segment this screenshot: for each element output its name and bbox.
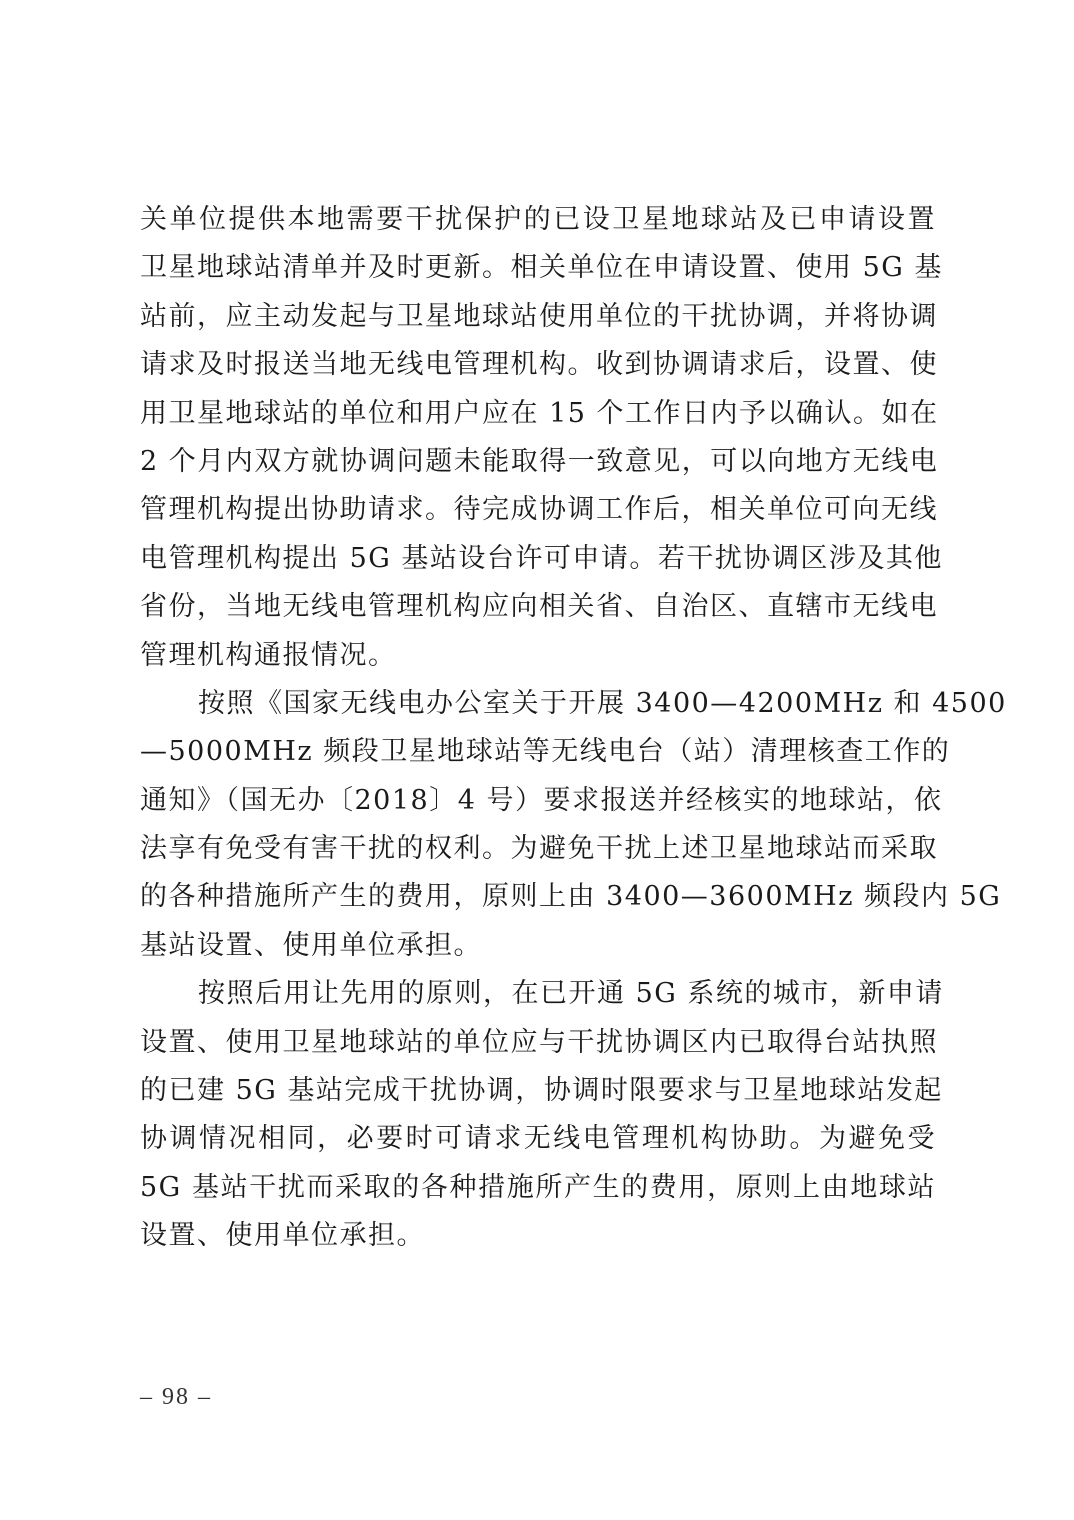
text-line: 电管理机构提出 5G 基站设台许可申请。若干扰协调区涉及其他 xyxy=(140,535,936,583)
paragraph-3: 按照后用让先用的原则，在已开通 5G 系统的城市，新申请 设置、使用卫星地球站的… xyxy=(140,970,936,1260)
paragraph-2: 按照《国家无线电办公室关于开展 3400—4200MHz 和 4500 —500… xyxy=(140,680,936,970)
text-line: 设置、使用单位承担。 xyxy=(140,1212,936,1260)
text-line: 基站设置、使用单位承担。 xyxy=(140,922,936,970)
paragraph-1: 关单位提供本地需要干扰保护的已设卫星地球站及已申请设置 卫星地球站清单并及时更新… xyxy=(140,196,936,680)
text-line: 法享有免受有害干扰的权利。为避免干扰上述卫星地球站而采取 xyxy=(140,825,936,873)
text-line: 通知》（国无办〔2018〕4 号）要求报送并经核实的地球站，依 xyxy=(140,777,936,825)
text-line: 用卫星地球站的单位和用户应在 15 个工作日内予以确认。如在 xyxy=(140,390,936,438)
text-line: 设置、使用卫星地球站的单位应与干扰协调区内已取得台站执照 xyxy=(140,1019,936,1067)
text-line: 管理机构通报情况。 xyxy=(140,632,936,680)
page-number: – 98 – xyxy=(140,1384,212,1411)
text-line: 按照后用让先用的原则，在已开通 5G 系统的城市，新申请 xyxy=(140,970,936,1018)
text-line: 协调情况相同，必要时可请求无线电管理机构协助。为避免受 xyxy=(140,1115,936,1163)
body-text: 关单位提供本地需要干扰保护的已设卫星地球站及已申请设置 卫星地球站清单并及时更新… xyxy=(140,196,936,1261)
text-line: 省份，当地无线电管理机构应向相关省、自治区、直辖市无线电 xyxy=(140,583,936,631)
text-line: 的各种措施所产生的费用，原则上由 3400—3600MHz 频段内 5G xyxy=(140,873,936,921)
text-line: 5G 基站干扰而采取的各种措施所产生的费用，原则上由地球站 xyxy=(140,1164,936,1212)
text-line: 按照《国家无线电办公室关于开展 3400—4200MHz 和 4500 xyxy=(140,680,936,728)
document-page: 关单位提供本地需要干扰保护的已设卫星地球站及已申请设置 卫星地球站清单并及时更新… xyxy=(0,0,1074,1520)
text-line: 的已建 5G 基站完成干扰协调，协调时限要求与卫星地球站发起 xyxy=(140,1067,936,1115)
text-line: 请求及时报送当地无线电管理机构。收到协调请求后，设置、使 xyxy=(140,341,936,389)
text-line: —5000MHz 频段卫星地球站等无线电台（站）清理核查工作的 xyxy=(140,728,936,776)
text-line: 管理机构提出协助请求。待完成协调工作后，相关单位可向无线 xyxy=(140,486,936,534)
text-line: 卫星地球站清单并及时更新。相关单位在申请设置、使用 5G 基 xyxy=(140,244,936,292)
text-line: 2 个月内双方就协调问题未能取得一致意见，可以向地方无线电 xyxy=(140,438,936,486)
text-line: 关单位提供本地需要干扰保护的已设卫星地球站及已申请设置 xyxy=(140,196,936,244)
text-line: 站前，应主动发起与卫星地球站使用单位的干扰协调，并将协调 xyxy=(140,293,936,341)
